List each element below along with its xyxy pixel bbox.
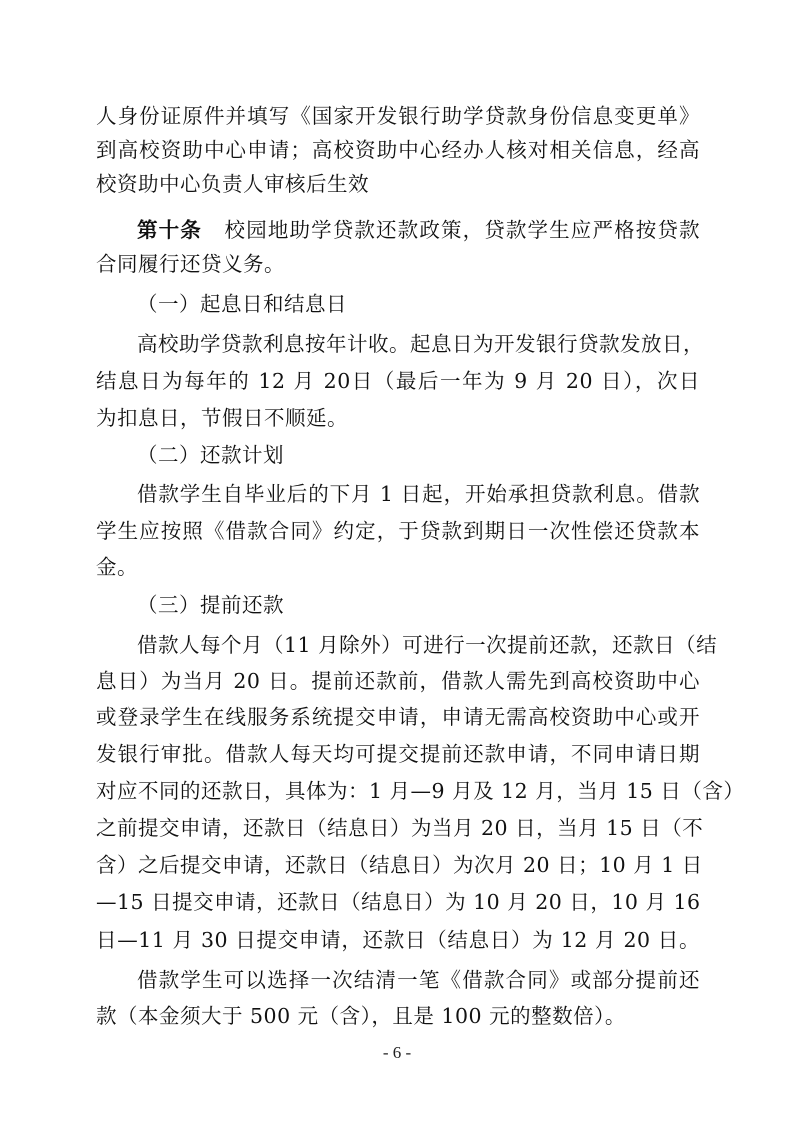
- body-text-line: 高校助学贷款利息按年计收。起息日为开发银行贷款发放日，: [137, 331, 700, 357]
- body-text-line: 对应不同的还款日，具体为：1 月—9 月及 12 月，当月 15 日（含）: [96, 778, 700, 804]
- body-text-line: 之前提交申请，还款日（结息日）为当月 20 日，当月 15 日（不: [96, 815, 700, 841]
- body-text-line: 发银行审批。借款人每天均可提交提前还款申请，不同申请日期: [96, 741, 700, 767]
- article-title: 第十条: [137, 218, 202, 242]
- body-text-line: 学生应按照《借款合同》约定，于贷款到期日一次性偿还贷款本: [96, 518, 700, 544]
- body-text-line: —15 日提交申请，还款日（结息日）为 10 月 20 日，10 月 16: [96, 889, 700, 915]
- body-text-line: 款（本金须大于 500 元（含），且是 100 元的整数倍）。: [96, 1003, 700, 1029]
- body-text-line: 合同履行还贷义务。: [96, 251, 700, 277]
- body-text-line: 息日）为当月 20 日。提前还款前，借款人需先到高校资助中心: [96, 668, 700, 694]
- body-text-line: 金。: [96, 554, 700, 580]
- body-text-line: 含）之后提交申请，还款日（结息日）为次月 20 日；10 月 1 日: [96, 852, 700, 878]
- body-text-line: 到高校资助中心申请；高校资助中心经办人核对相关信息，经高: [96, 137, 700, 163]
- section-heading: （三）提前还款: [137, 592, 284, 618]
- article-10-line: 第十条校园地助学贷款还款政策，贷款学生应严格按贷款: [137, 217, 700, 243]
- body-text-line: 借款人每个月（11 月除外）可进行一次提前还款，还款日（结: [137, 632, 700, 658]
- body-text-line: 日—11 月 30 日提交申请，还款日（结息日）为 12 月 20 日。: [96, 927, 700, 953]
- body-text-line: 结息日为每年的 12 月 20日（最后一年为 9 月 20 日），次日: [96, 368, 700, 394]
- section-heading: （一）起息日和结息日: [137, 291, 347, 317]
- section-heading: （二）还款计划: [137, 442, 284, 468]
- body-text-line: 或登录学生在线服务系统提交申请，申请无需高校资助中心或开: [96, 704, 700, 730]
- body-text-line: 为扣息日，节假日不顺延。: [96, 405, 700, 431]
- body-text-line: 人身份证原件并填写《国家开发银行助学贷款身份信息变更单》: [96, 103, 700, 129]
- page-number: - 6 -: [0, 1043, 794, 1063]
- document-page: 人身份证原件并填写《国家开发银行助学贷款身份信息变更单》 到高校资助中心申请；高…: [0, 0, 794, 1123]
- article-text: 校园地助学贷款还款政策，贷款学生应严格按贷款: [224, 218, 700, 242]
- body-text-line: 借款学生可以选择一次结清一笔《借款合同》或部分提前还: [137, 967, 700, 993]
- body-text-line: 校资助中心负责人审核后生效: [96, 171, 700, 197]
- body-text-line: 借款学生自毕业后的下月 1 日起，开始承担贷款利息。借款: [137, 481, 700, 507]
